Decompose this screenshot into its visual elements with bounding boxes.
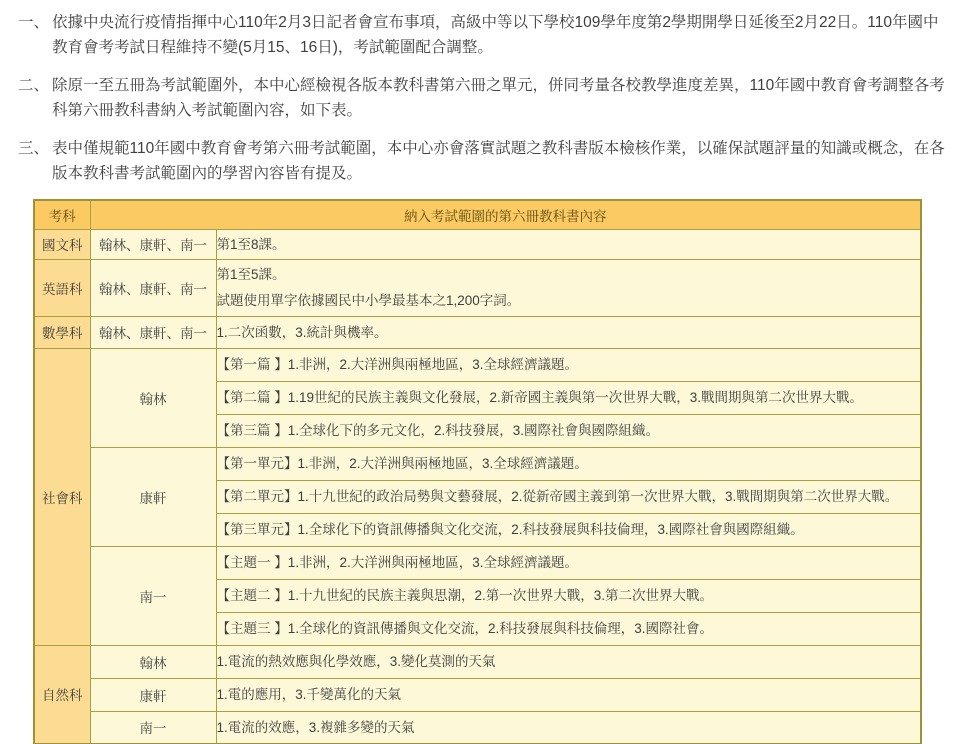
- publisher-cell: 翰林、康軒、南一: [90, 259, 216, 316]
- content-line-2: 試題使用單字依據國民中小學最基本之1,200字詞。: [217, 290, 921, 311]
- item-marker: 三、: [18, 136, 52, 186]
- table-row-science-kangxuan: 康軒 1.電的應用，3.千變萬化的天氣: [34, 678, 921, 711]
- item-text: 依據中央流行疫情指揮中心110年2月3日記者會宣布事項，高級中等以下學校109學…: [52, 10, 946, 60]
- table-row-science-hanlin: 自然科 翰林 1.電流的熱效應與化學效應，3.變化莫測的天氣: [34, 645, 921, 678]
- table-row-math: 數學科 翰林、康軒、南一 1.二次函數，3.統計與機率。: [34, 316, 921, 348]
- subject-cell-math: 數學科: [34, 316, 90, 348]
- publisher-cell: 翰林、康軒、南一: [90, 229, 216, 259]
- table-row-chinese: 國文科 翰林、康軒、南一 第1至8課。: [34, 229, 921, 259]
- content-cell: 【主題三 】1.全球化的資訊傳播與文化交流，2.科技發展與科技倫理，3.國際社會…: [216, 612, 921, 645]
- table-row-english: 英語科 翰林、康軒、南一 第1至5課。 試題使用單字依據國民中小學最基本之1,2…: [34, 259, 921, 316]
- content-cell: 【主題二 】1.十九世紀的民族主義與思潮，2.第一次世界大戰，3.第二次世界大戰…: [216, 579, 921, 612]
- exam-scope-table: 考科 納入考試範圍的第六冊教科書內容 國文科 翰林、康軒、南一 第1至8課。 英…: [33, 199, 922, 744]
- announcement-item-3: 三、 表中僅規範110年國中教育會考第六冊考試範圍，本中心亦會落實試題之教科書版…: [18, 136, 946, 186]
- publisher-cell-kangxuan: 康軒: [90, 678, 216, 711]
- content-cell: 1.二次函數，3.統計與機率。: [216, 316, 921, 348]
- content-cell: 第1至8課。: [216, 229, 921, 259]
- content-cell: 【第一單元】1.非洲，2.大洋洲與兩極地區，3.全球經濟議題。: [216, 447, 921, 480]
- publisher-cell: 翰林、康軒、南一: [90, 316, 216, 348]
- announcement-item-2: 二、 除原一至五冊為考試範圍外，本中心經檢視各版本教科書第六冊之單元，併同考量各…: [18, 73, 946, 123]
- content-cell: 1.電的應用，3.千變萬化的天氣: [216, 678, 921, 711]
- table-row-social-nani-1: 南一 【主題一 】1.非洲，2.大洋洲與兩極地區，3.全球經濟議題。: [34, 546, 921, 579]
- item-text: 表中僅規範110年國中教育會考第六冊考試範圍，本中心亦會落實試題之教科書版本檢核…: [52, 136, 946, 186]
- publisher-cell-kangxuan: 康軒: [90, 447, 216, 546]
- subject-cell-chinese: 國文科: [34, 229, 90, 259]
- table-row-social-kangxuan-1: 康軒 【第一單元】1.非洲，2.大洋洲與兩極地區，3.全球經濟議題。: [34, 447, 921, 480]
- content-cell: 【第二單元】1.十九世紀的政治局勢與文藝發展，2.從新帝國主義到第一次世界大戰，…: [216, 480, 921, 513]
- subject-cell-social: 社會科: [34, 348, 90, 645]
- exam-scope-table-wrapper: 考科 納入考試範圍的第六冊教科書內容 國文科 翰林、康軒、南一 第1至8課。 英…: [33, 199, 964, 744]
- subject-cell-english: 英語科: [34, 259, 90, 316]
- header-exam-subject: 考科: [34, 200, 90, 229]
- publisher-cell-hanlin: 翰林: [90, 645, 216, 678]
- table-row-social-hanlin-1: 社會科 翰林 【第一篇 】1.非洲，2.大洋洲與兩極地區，3.全球經濟議題。: [34, 348, 921, 381]
- content-cell: 【第三單元】1.全球化下的資訊傳播與文化交流，2.科技發展與科技倫理，3.國際社…: [216, 513, 921, 546]
- item-marker: 二、: [18, 73, 52, 123]
- content-cell: 【第一篇 】1.非洲，2.大洋洲與兩極地區，3.全球經濟議題。: [216, 348, 921, 381]
- table-row-science-nani: 南一 1.電流的效應，3.複雜多變的天氣: [34, 711, 921, 744]
- publisher-cell-nani: 南一: [90, 546, 216, 645]
- table-header-row: 考科 納入考試範圍的第六冊教科書內容: [34, 200, 921, 229]
- publisher-cell-nani: 南一: [90, 711, 216, 744]
- subject-cell-science: 自然科: [34, 645, 90, 744]
- page: { "colors": { "header_bg": "#fbca63", "s…: [0, 0, 964, 744]
- announcement-list: 一、 依據中央流行疫情指揮中心110年2月3日記者會宣布事項，高級中等以下學校1…: [0, 0, 964, 186]
- announcement-item-1: 一、 依據中央流行疫情指揮中心110年2月3日記者會宣布事項，高級中等以下學校1…: [18, 10, 946, 60]
- item-marker: 一、: [18, 10, 52, 60]
- content-cell: 第1至5課。 試題使用單字依據國民中小學最基本之1,200字詞。: [216, 259, 921, 316]
- content-cell: 【第二篇 】1.19世紀的民族主義與文化發展，2.新帝國主義與第一次世界大戰，3…: [216, 381, 921, 414]
- header-content-title: 納入考試範圍的第六冊教科書內容: [90, 200, 921, 229]
- publisher-cell-hanlin: 翰林: [90, 348, 216, 447]
- content-cell: 【第三篇 】1.全球化下的多元文化，2.科技發展，3.國際社會與國際組織。: [216, 414, 921, 447]
- content-line-1: 第1至5課。: [217, 264, 921, 285]
- content-cell: 【主題一 】1.非洲，2.大洋洲與兩極地區，3.全球經濟議題。: [216, 546, 921, 579]
- content-cell: 1.電流的效應，3.複雜多變的天氣: [216, 711, 921, 744]
- content-cell: 1.電流的熱效應與化學效應，3.變化莫測的天氣: [216, 645, 921, 678]
- item-text: 除原一至五冊為考試範圍外，本中心經檢視各版本教科書第六冊之單元，併同考量各校教學…: [52, 73, 946, 123]
